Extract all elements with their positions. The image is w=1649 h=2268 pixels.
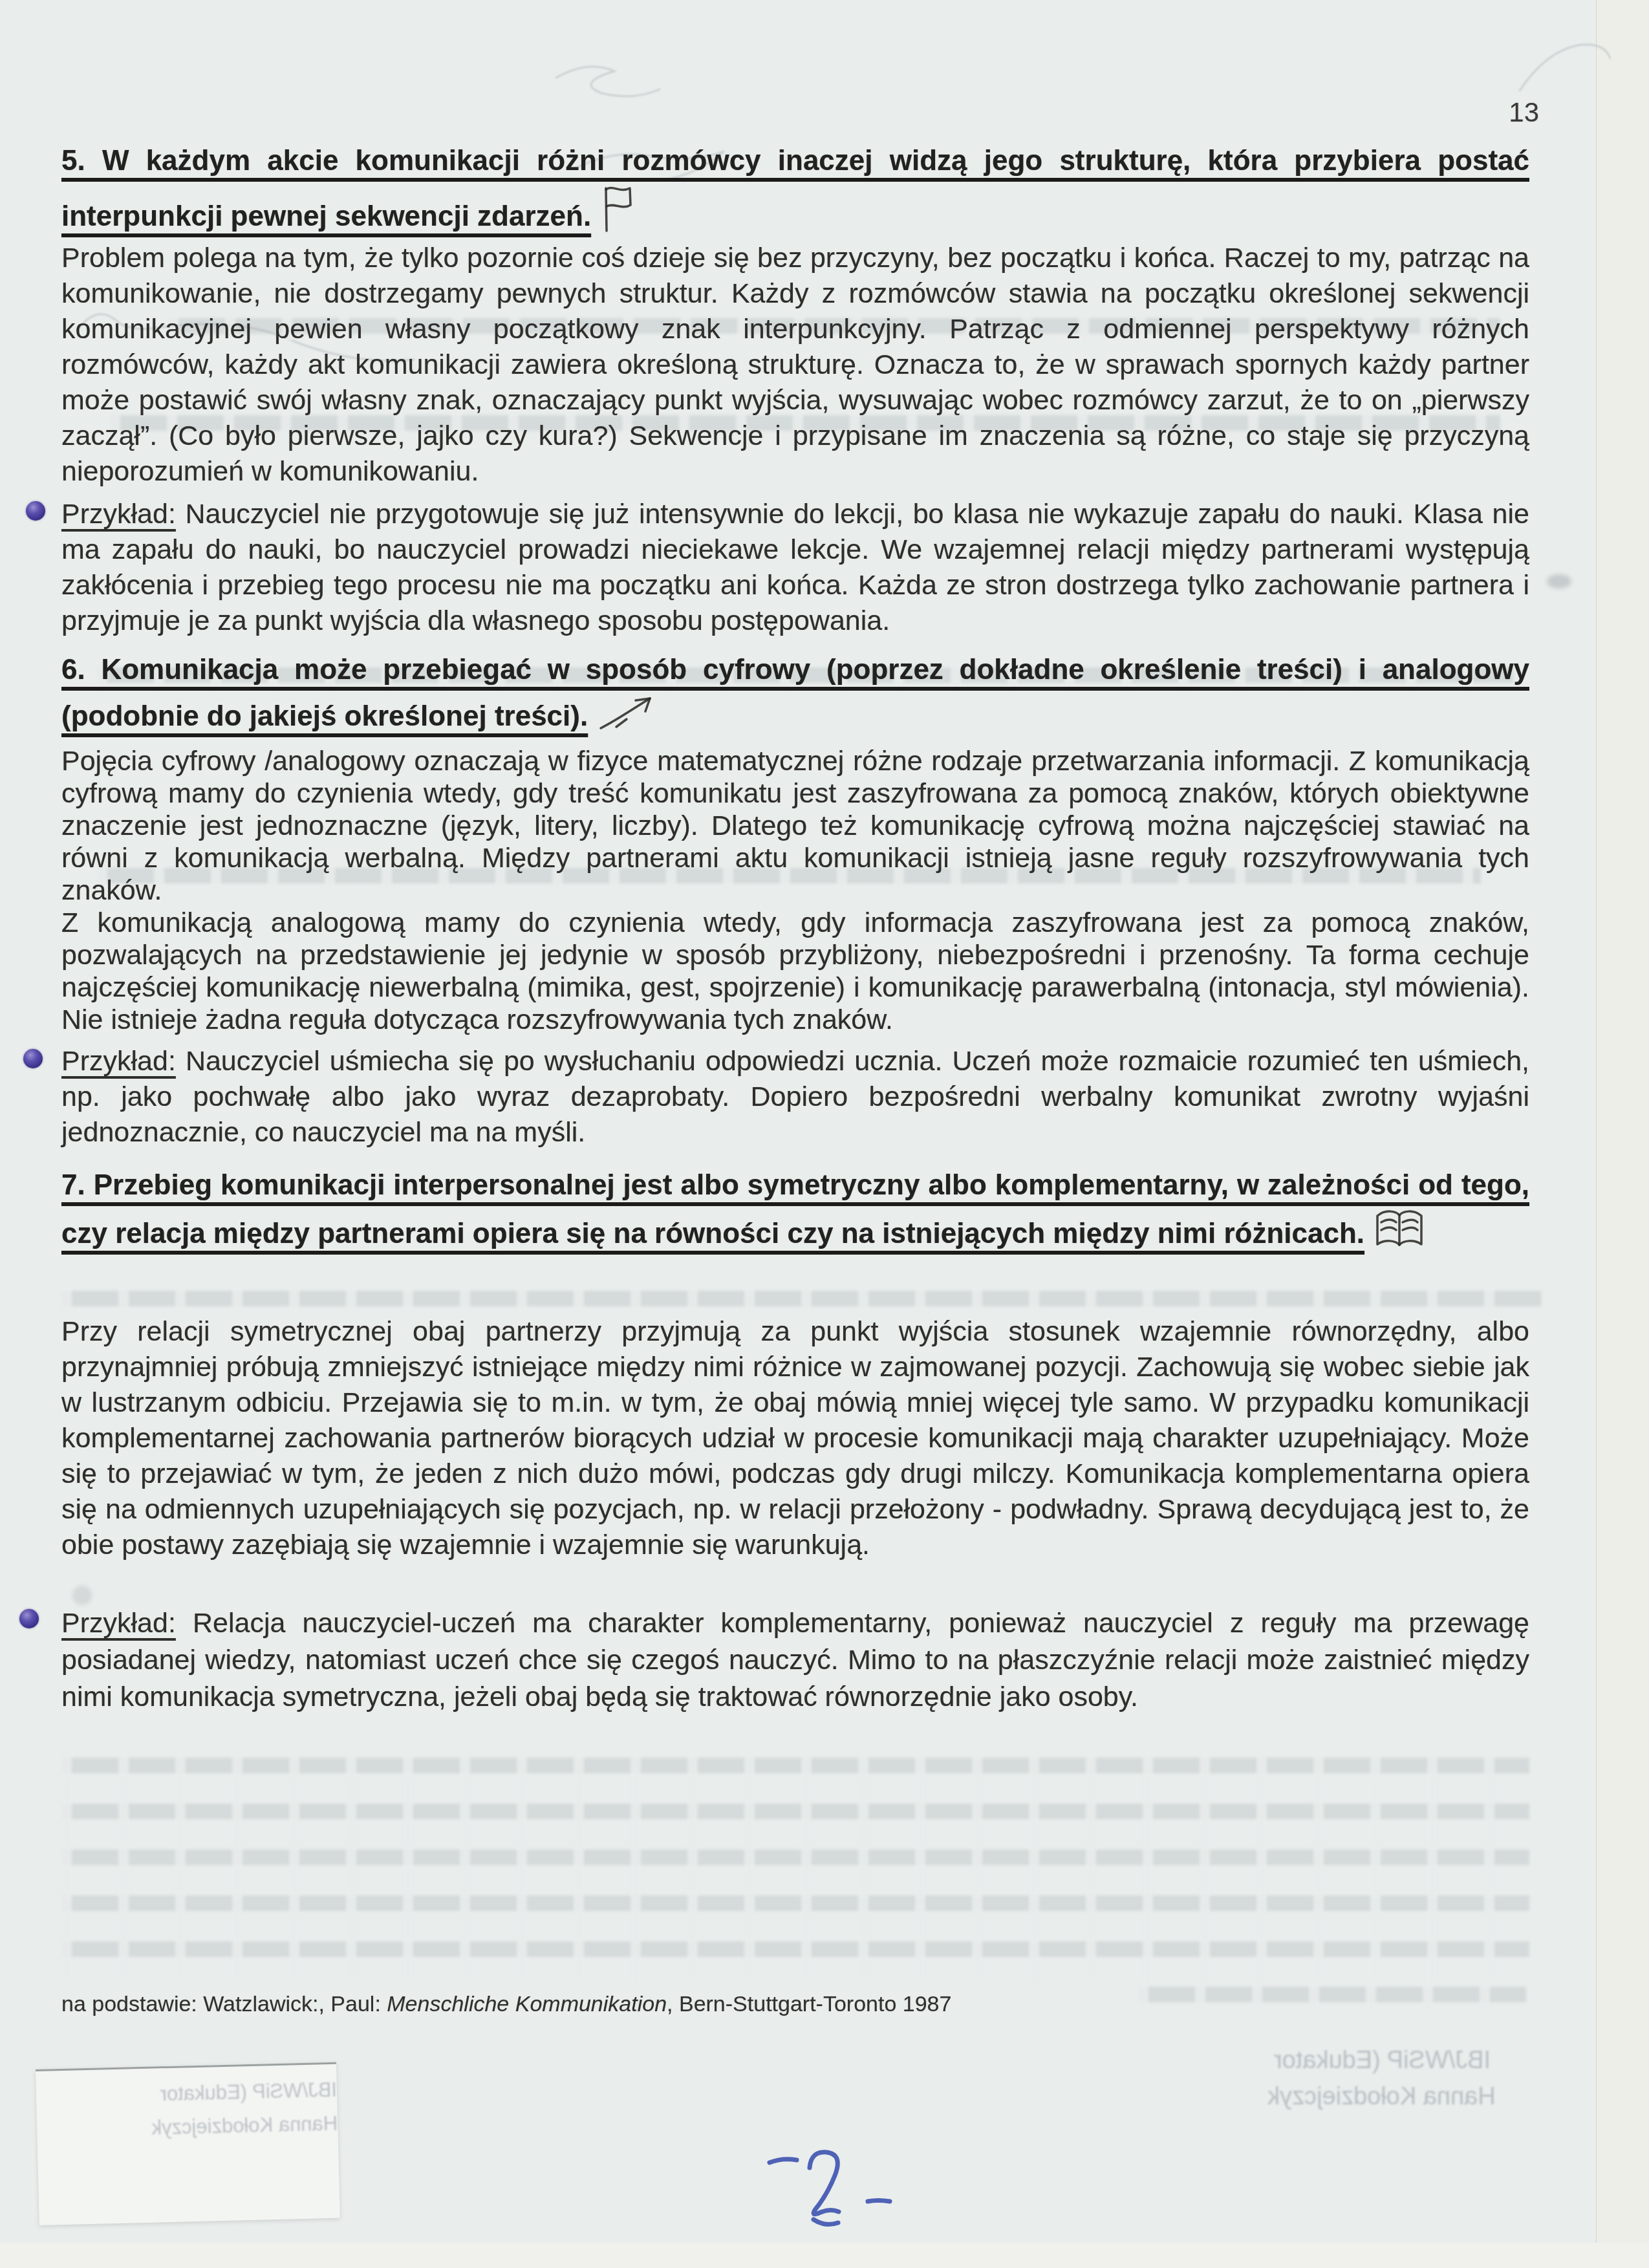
taped-label: IBJ/WSiP (Edukator Hanna Kołodziejczyk <box>36 2062 340 2225</box>
example-text: Relacja nauczyciel-uczeń ma charakter ko… <box>61 1608 1529 1712</box>
example-label: Przykład: <box>61 1046 176 1077</box>
scanned-document-page: 13 5. W każdym akcie komunikacji różni r… <box>0 0 1649 2268</box>
paragraph-axiom-5-text: Problem polega na tym, że tylko pozornie… <box>61 241 1529 490</box>
heading-axiom-6: 6. Komunikacja może przebiegać w sposób … <box>61 648 1529 739</box>
label-ghost-line2: Hanna Kołodziejczyk <box>55 2107 338 2148</box>
bleedthrough-lines <box>61 1291 1542 1314</box>
paragraph-axiom-5: Problem polega na tym, że tylko pozornie… <box>61 241 1529 490</box>
page-number: 13 <box>1481 97 1539 128</box>
bleedthrough-paragraph-block <box>61 1758 1529 1983</box>
paragraph-axiom-7: Przy relacji symetrycznej obaj partnerzy… <box>61 1314 1529 1563</box>
citation-title: Menschliche Kommunikation <box>387 1992 667 2016</box>
heading-axiom-5: 5. W każdym akcie komunikacji różni rozm… <box>61 139 1529 239</box>
scanner-background-bottom <box>0 2243 1649 2268</box>
heading-axiom-6-text: 6. Komunikacja może przebiegać w sposób … <box>61 654 1529 732</box>
example-text: Nauczyciel nie przygotowuje się już inte… <box>61 499 1529 636</box>
ink-bullet-icon <box>19 1609 39 1628</box>
paragraph-axiom-7-text: Przy relacji symetrycznej obaj partnerzy… <box>61 1314 1529 1563</box>
scan-smudge <box>72 1586 92 1605</box>
ink-bullet-icon <box>26 501 45 521</box>
citation-suffix: , Bern-Stuttgart-Toronto 1987 <box>667 1992 951 2016</box>
paragraphs-axiom-6: Pojęcia cyfrowy /analogowy oznaczają w f… <box>61 745 1529 1036</box>
citation-prefix: na podstawie: Watzlawick:, Paul: <box>61 1992 387 2016</box>
paragraph-axiom-6-analog: Z komunikacją analogową mamy do czynieni… <box>61 907 1529 1036</box>
example-label: Przykład: <box>61 1608 176 1639</box>
flag-doodle-icon <box>600 183 634 233</box>
example-axiom-6: Przykład: Nauczyciel uśmiecha się po wys… <box>61 1044 1529 1150</box>
example-label: Przykład: <box>61 499 176 530</box>
example-axiom-7: Przykład: Relacja nauczyciel-uczeń ma ch… <box>61 1605 1529 1716</box>
scanner-background-right <box>1596 0 1649 2268</box>
example-text: Nauczyciel uśmiecha się po wysłuchaniu o… <box>61 1046 1529 1148</box>
bleedthrough-stamp-line1: IBJ/WSiP (Edukator <box>1274 2042 1491 2079</box>
heading-axiom-5-text: 5. W każdym akcie komunikacji różni rozm… <box>61 145 1529 232</box>
bleedthrough-stamp-line2: Hanna Kołodziejczyk <box>1267 2079 1496 2115</box>
example-axiom-5: Przykład: Nauczyciel nie przygotowuje si… <box>61 497 1529 639</box>
open-book-doodle-icon <box>1374 1207 1425 1251</box>
paragraph-axiom-6-digital: Pojęcia cyfrowy /analogowy oznaczają w f… <box>61 745 1529 907</box>
ink-bullet-icon <box>23 1049 43 1068</box>
source-citation: na podstawie: Watzlawick:, Paul: Menschl… <box>61 1992 1484 2017</box>
heading-axiom-7-text: 7. Przebieg komunikacji interpersonalnej… <box>61 1169 1529 1249</box>
handwritten-page-mark <box>724 2134 918 2244</box>
heading-axiom-7: 7. Przebieg komunikacji interpersonalnej… <box>61 1164 1529 1255</box>
arrow-doodle-icon <box>597 692 654 733</box>
scan-smudge <box>1547 574 1571 589</box>
